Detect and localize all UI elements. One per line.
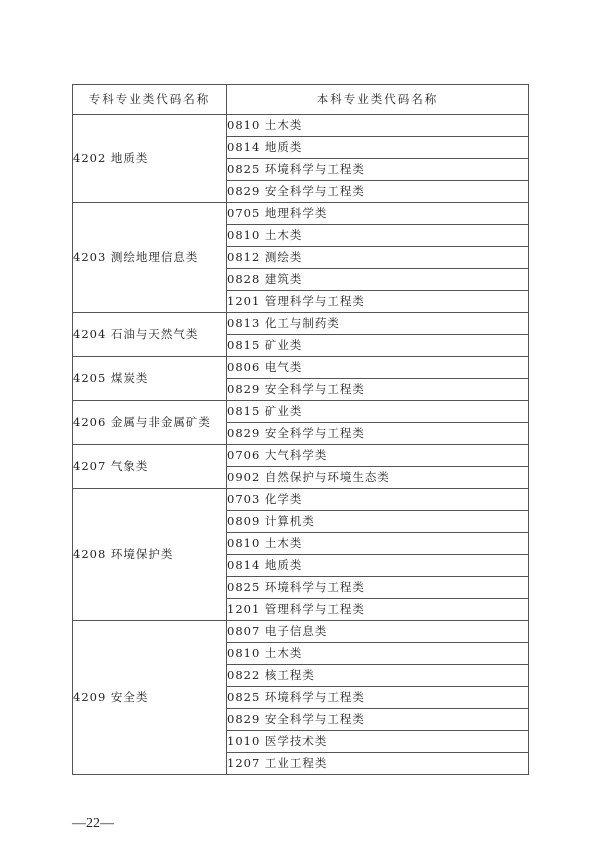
undergraduate-major-class-cell: 0813 化工与制药类 [227,313,529,335]
table-row: 4202 地质类0810 土木类 [73,115,529,137]
undergraduate-major-class-cell: 0829 安全科学与工程类 [227,709,529,731]
vocational-major-class-cell: 4209 安全类 [73,621,227,775]
undergraduate-major-class-cell: 0825 环境科学与工程类 [227,687,529,709]
major-mapping-table: 专科专业类代码名称 本科专业类代码名称 4202 地质类0810 土木类0814… [72,84,529,775]
undergraduate-major-class-cell: 0810 土木类 [227,225,529,247]
undergraduate-major-class-cell: 0829 安全科学与工程类 [227,423,529,445]
vocational-major-class-cell: 4203 测绘地理信息类 [73,203,227,313]
document-page: 专科专业类代码名称 本科专业类代码名称 4202 地质类0810 土木类0814… [0,0,600,848]
undergraduate-major-class-cell: 0809 计算机类 [227,511,529,533]
vocational-major-class-cell: 4205 煤炭类 [73,357,227,401]
vocational-major-class-cell: 4207 气象类 [73,445,227,489]
undergraduate-major-class-cell: 0829 安全科学与工程类 [227,181,529,203]
undergraduate-major-class-cell: 0829 安全科学与工程类 [227,379,529,401]
undergraduate-major-class-cell: 0705 地理科学类 [227,203,529,225]
header-undergraduate-major-class: 本科专业类代码名称 [227,85,529,115]
table-row: 4209 安全类0807 电子信息类 [73,621,529,643]
vocational-major-class-cell: 4202 地质类 [73,115,227,203]
undergraduate-major-class-cell: 0825 环境科学与工程类 [227,159,529,181]
table-header-row: 专科专业类代码名称 本科专业类代码名称 [73,85,529,115]
undergraduate-major-class-cell: 0703 化学类 [227,489,529,511]
undergraduate-major-class-cell: 0814 地质类 [227,137,529,159]
vocational-major-class-cell: 4208 环境保护类 [73,489,227,621]
undergraduate-major-class-cell: 1201 管理科学与工程类 [227,291,529,313]
table-row: 4204 石油与天然气类0813 化工与制药类 [73,313,529,335]
undergraduate-major-class-cell: 0825 环境科学与工程类 [227,577,529,599]
undergraduate-major-class-cell: 0812 测绘类 [227,247,529,269]
undergraduate-major-class-cell: 1010 医学技术类 [227,731,529,753]
undergraduate-major-class-cell: 0828 建筑类 [227,269,529,291]
table-body: 4202 地质类0810 土木类0814 地质类0825 环境科学与工程类082… [73,115,529,775]
undergraduate-major-class-cell: 0810 土木类 [227,115,529,137]
undergraduate-major-class-cell: 0810 土木类 [227,643,529,665]
undergraduate-major-class-cell: 0815 矿业类 [227,335,529,357]
page-number: —22— [72,816,114,832]
undergraduate-major-class-cell: 1207 工业工程类 [227,753,529,775]
header-vocational-major-class: 专科专业类代码名称 [73,85,227,115]
undergraduate-major-class-cell: 0822 核工程类 [227,665,529,687]
vocational-major-class-cell: 4206 金属与非金属矿类 [73,401,227,445]
table-row: 4206 金属与非金属矿类0815 矿业类 [73,401,529,423]
undergraduate-major-class-cell: 0815 矿业类 [227,401,529,423]
table-row: 4207 气象类0706 大气科学类 [73,445,529,467]
table-row: 4203 测绘地理信息类0705 地理科学类 [73,203,529,225]
table-row: 4208 环境保护类0703 化学类 [73,489,529,511]
undergraduate-major-class-cell: 0807 电子信息类 [227,621,529,643]
undergraduate-major-class-cell: 0706 大气科学类 [227,445,529,467]
undergraduate-major-class-cell: 1201 管理科学与工程类 [227,599,529,621]
table-row: 4205 煤炭类0806 电气类 [73,357,529,379]
undergraduate-major-class-cell: 0814 地质类 [227,555,529,577]
undergraduate-major-class-cell: 0806 电气类 [227,357,529,379]
vocational-major-class-cell: 4204 石油与天然气类 [73,313,227,357]
undergraduate-major-class-cell: 0810 土木类 [227,533,529,555]
undergraduate-major-class-cell: 0902 自然保护与环境生态类 [227,467,529,489]
